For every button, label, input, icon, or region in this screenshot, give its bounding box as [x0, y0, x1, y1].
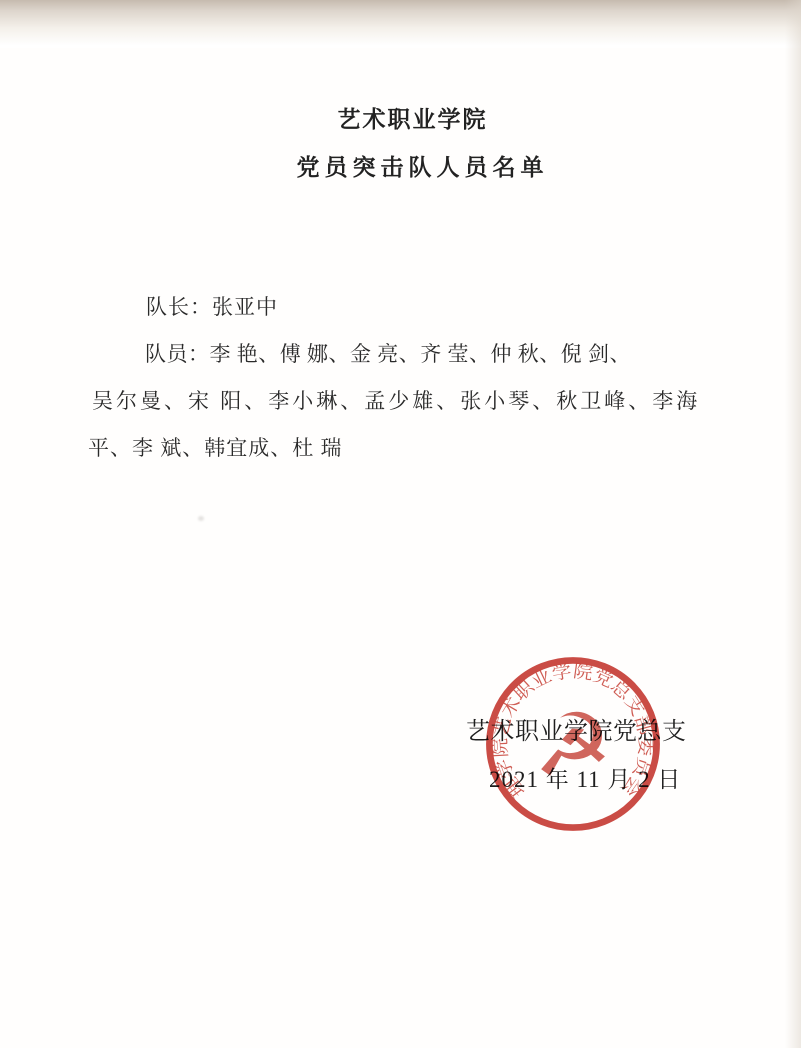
team-members-line-2: 吴尔曼、宋 阳、李小琳、孟少雄、张小琴、秋卫峰、李海: [92, 385, 700, 415]
official-seal-stamp: 理学院艺术职业学院党总支部委员会 ☭: [478, 649, 668, 839]
hammer-sickle-icon: ☭: [534, 694, 612, 796]
scan-artifact-top-shade: [0, 0, 801, 48]
scanned-document-page: 艺术职业学院 党员突击队人员名单 队长：张亚中 队员：李 艳、傅 娜、金 亮、齐…: [0, 0, 801, 1048]
team-leader-line: 队长：张亚中: [146, 291, 278, 321]
document-title-line2: 党员突击队人员名单: [0, 149, 801, 182]
scan-artifact-speck: [198, 516, 204, 521]
document-title-line1: 艺术职业学院: [0, 101, 801, 134]
team-members-line-1: 队员：李 艳、傅 娜、金 亮、齐 莹、仲 秋、倪 剑、: [145, 338, 631, 368]
team-members-line-3: 平、李 斌、韩宜成、杜 瑞: [88, 432, 343, 462]
